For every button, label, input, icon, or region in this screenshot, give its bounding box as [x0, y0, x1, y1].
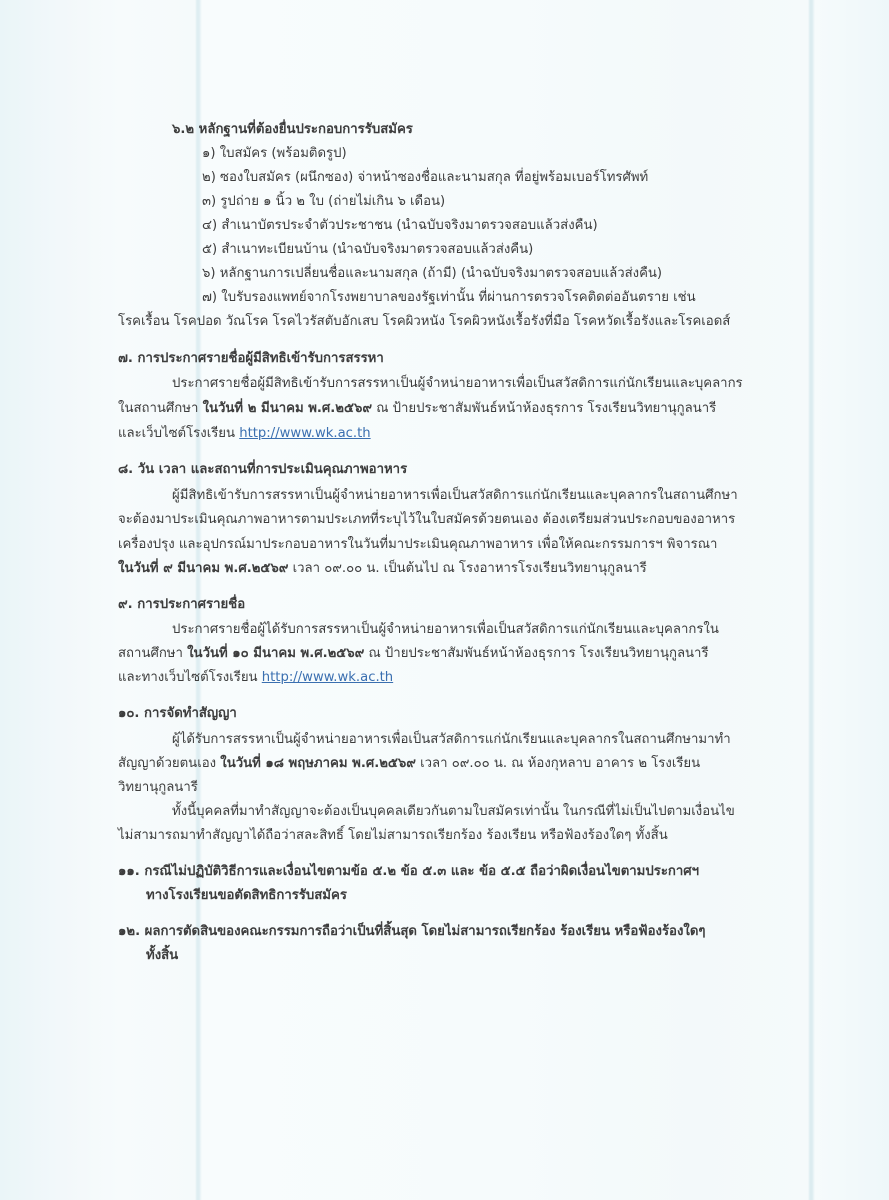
- paragraph-line: สถานศึกษา ในวันที่ ๑๐ มีนาคม พ.ศ.๒๕๖๙ ณ …: [118, 642, 709, 666]
- paragraph-line: ในวันที่ ๙ มีนาคม พ.ศ.๒๕๖๙ เวลา ๐๙.๐๐ น.…: [118, 557, 647, 581]
- list-item-continuation: โรคเรื้อน โรคปอด วัณโรค โรคไวรัสตับอักเส…: [118, 310, 730, 334]
- date-text: ในวันที่ ๑๐ มีนาคม พ.ศ.๒๕๖๙: [187, 646, 364, 661]
- list-item: ๒) ซองใบสมัคร (ผนึกซอง) จ่าหน้าซองชื่อแล…: [202, 166, 648, 190]
- paragraph-line: ประกาศรายชื่อผู้มีสิทธิเข้ารับการสรรหาเป…: [172, 372, 743, 396]
- section-8-heading: ๘. วัน เวลา และสถานที่การประเมินคุณภาพอา…: [118, 458, 407, 482]
- list-item: ๔) สำเนาบัตรประจำตัวประชาชน (นำฉบับจริงม…: [202, 214, 598, 238]
- text: เวลา ๐๙.๐๐ น. ณ ห้องกุหลาบ อาคาร ๒ โรงเร…: [416, 756, 700, 771]
- website-link[interactable]: http://www.wk.ac.th: [262, 670, 393, 685]
- section-10-heading: ๑๐. การจัดทำสัญญา: [118, 702, 237, 726]
- date-text: ในวันที่ ๒ มีนาคม พ.ศ.๒๕๖๙: [203, 401, 372, 416]
- paragraph-line: สัญญาด้วยตนเอง ในวันที่ ๑๘ พฤษภาคม พ.ศ.๒…: [118, 752, 700, 776]
- paragraph-line: ผู้มีสิทธิเข้ารับการสรรหาเป็นผู้จำหน่ายอ…: [172, 484, 738, 508]
- text: เวลา ๐๙.๐๐ น. เป็นต้นไป ณ โรงอาหารโรงเรี…: [288, 561, 646, 576]
- list-item: ๕) สำเนาทะเบียนบ้าน (นำฉบับจริงมาตรวจสอบ…: [202, 238, 533, 262]
- list-item: ๗) ใบรับรองแพทย์จากโรงพยาบาลของรัฐเท่านั…: [202, 286, 696, 310]
- document-page: ๖.๒ หลักฐานที่ต้องยื่นประกอบการรับสมัคร …: [0, 0, 889, 1200]
- text: ในสถานศึกษา: [118, 401, 203, 416]
- section-6-2-heading: ๖.๒ หลักฐานที่ต้องยื่นประกอบการรับสมัคร: [172, 118, 413, 142]
- paragraph-line: ทั้งนี้บุคคลที่มาทำสัญญาจะต้องเป็นบุคคลเ…: [172, 800, 735, 824]
- paragraph-line: จะต้องมาประเมินคุณภาพอาหารตามประเภทที่ระ…: [118, 508, 735, 532]
- text: และเว็บไซต์โรงเรียน: [118, 426, 239, 441]
- text: สัญญาด้วยตนเอง: [118, 756, 220, 771]
- section-7-heading: ๗. การประกาศรายชื่อผู้มีสิทธิเข้ารับการส…: [118, 347, 384, 371]
- list-item: ๓) รูปถ่าย ๑ นิ้ว ๒ ใบ (ถ่ายไม่เกิน ๖ เด…: [202, 190, 445, 214]
- paragraph-line: ไม่สามารถมาทำสัญญาได้ถือว่าสละสิทธิ์ โดย…: [118, 824, 668, 848]
- list-item: ๖) หลักฐานการเปลี่ยนชื่อและนามสกุล (ถ้าม…: [202, 262, 662, 286]
- list-item: ๑) ใบสมัคร (พร้อมติดรูป): [202, 142, 347, 166]
- section-11-line: ๑๑. กรณีไม่ปฏิบัติวิธีการและเงื่อนไขตามข…: [118, 860, 699, 884]
- text: และทางเว็บไซต์โรงเรียน: [118, 670, 262, 685]
- text: สถานศึกษา: [118, 646, 187, 661]
- paragraph-line: ผู้ได้รับการสรรหาเป็นผู้จำหน่ายอาหารเพื่…: [172, 728, 731, 752]
- paragraph-line: วิทยานุกูลนารี: [118, 776, 198, 800]
- section-12-line: ๑๒. ผลการตัดสินของคณะกรรมการถือว่าเป็นที…: [118, 920, 705, 944]
- paragraph-line: เครื่องปรุง และอุปกรณ์มาประกอบอาหารในวัน…: [118, 533, 717, 557]
- paragraph-line: และเว็บไซต์โรงเรียน http://www.wk.ac.th: [118, 422, 371, 446]
- date-text: ในวันที่ ๙ มีนาคม พ.ศ.๒๕๖๙: [118, 561, 288, 576]
- section-11-line: ทางโรงเรียนขอตัดสิทธิการรับสมัคร: [146, 884, 347, 908]
- text: ณ ป้ายประชาสัมพันธ์หน้าห้องธุรการ โรงเรี…: [364, 646, 708, 661]
- section-9-heading: ๙. การประกาศรายชื่อ: [118, 593, 245, 617]
- paragraph-line: และทางเว็บไซต์โรงเรียน http://www.wk.ac.…: [118, 666, 393, 690]
- paragraph-line: ในสถานศึกษา ในวันที่ ๒ มีนาคม พ.ศ.๒๕๖๙ ณ…: [118, 397, 716, 421]
- paragraph-line: ประกาศรายชื่อผู้ได้รับการสรรหาเป็นผู้จำห…: [172, 618, 719, 642]
- text: ณ ป้ายประชาสัมพันธ์หน้าห้องธุรการ โรงเรี…: [372, 401, 716, 416]
- date-text: ในวันที่ ๑๘ พฤษภาคม พ.ศ.๒๕๖๙: [220, 756, 416, 771]
- website-link[interactable]: http://www.wk.ac.th: [239, 426, 370, 441]
- section-12-line: ทั้งสิ้น: [146, 944, 178, 968]
